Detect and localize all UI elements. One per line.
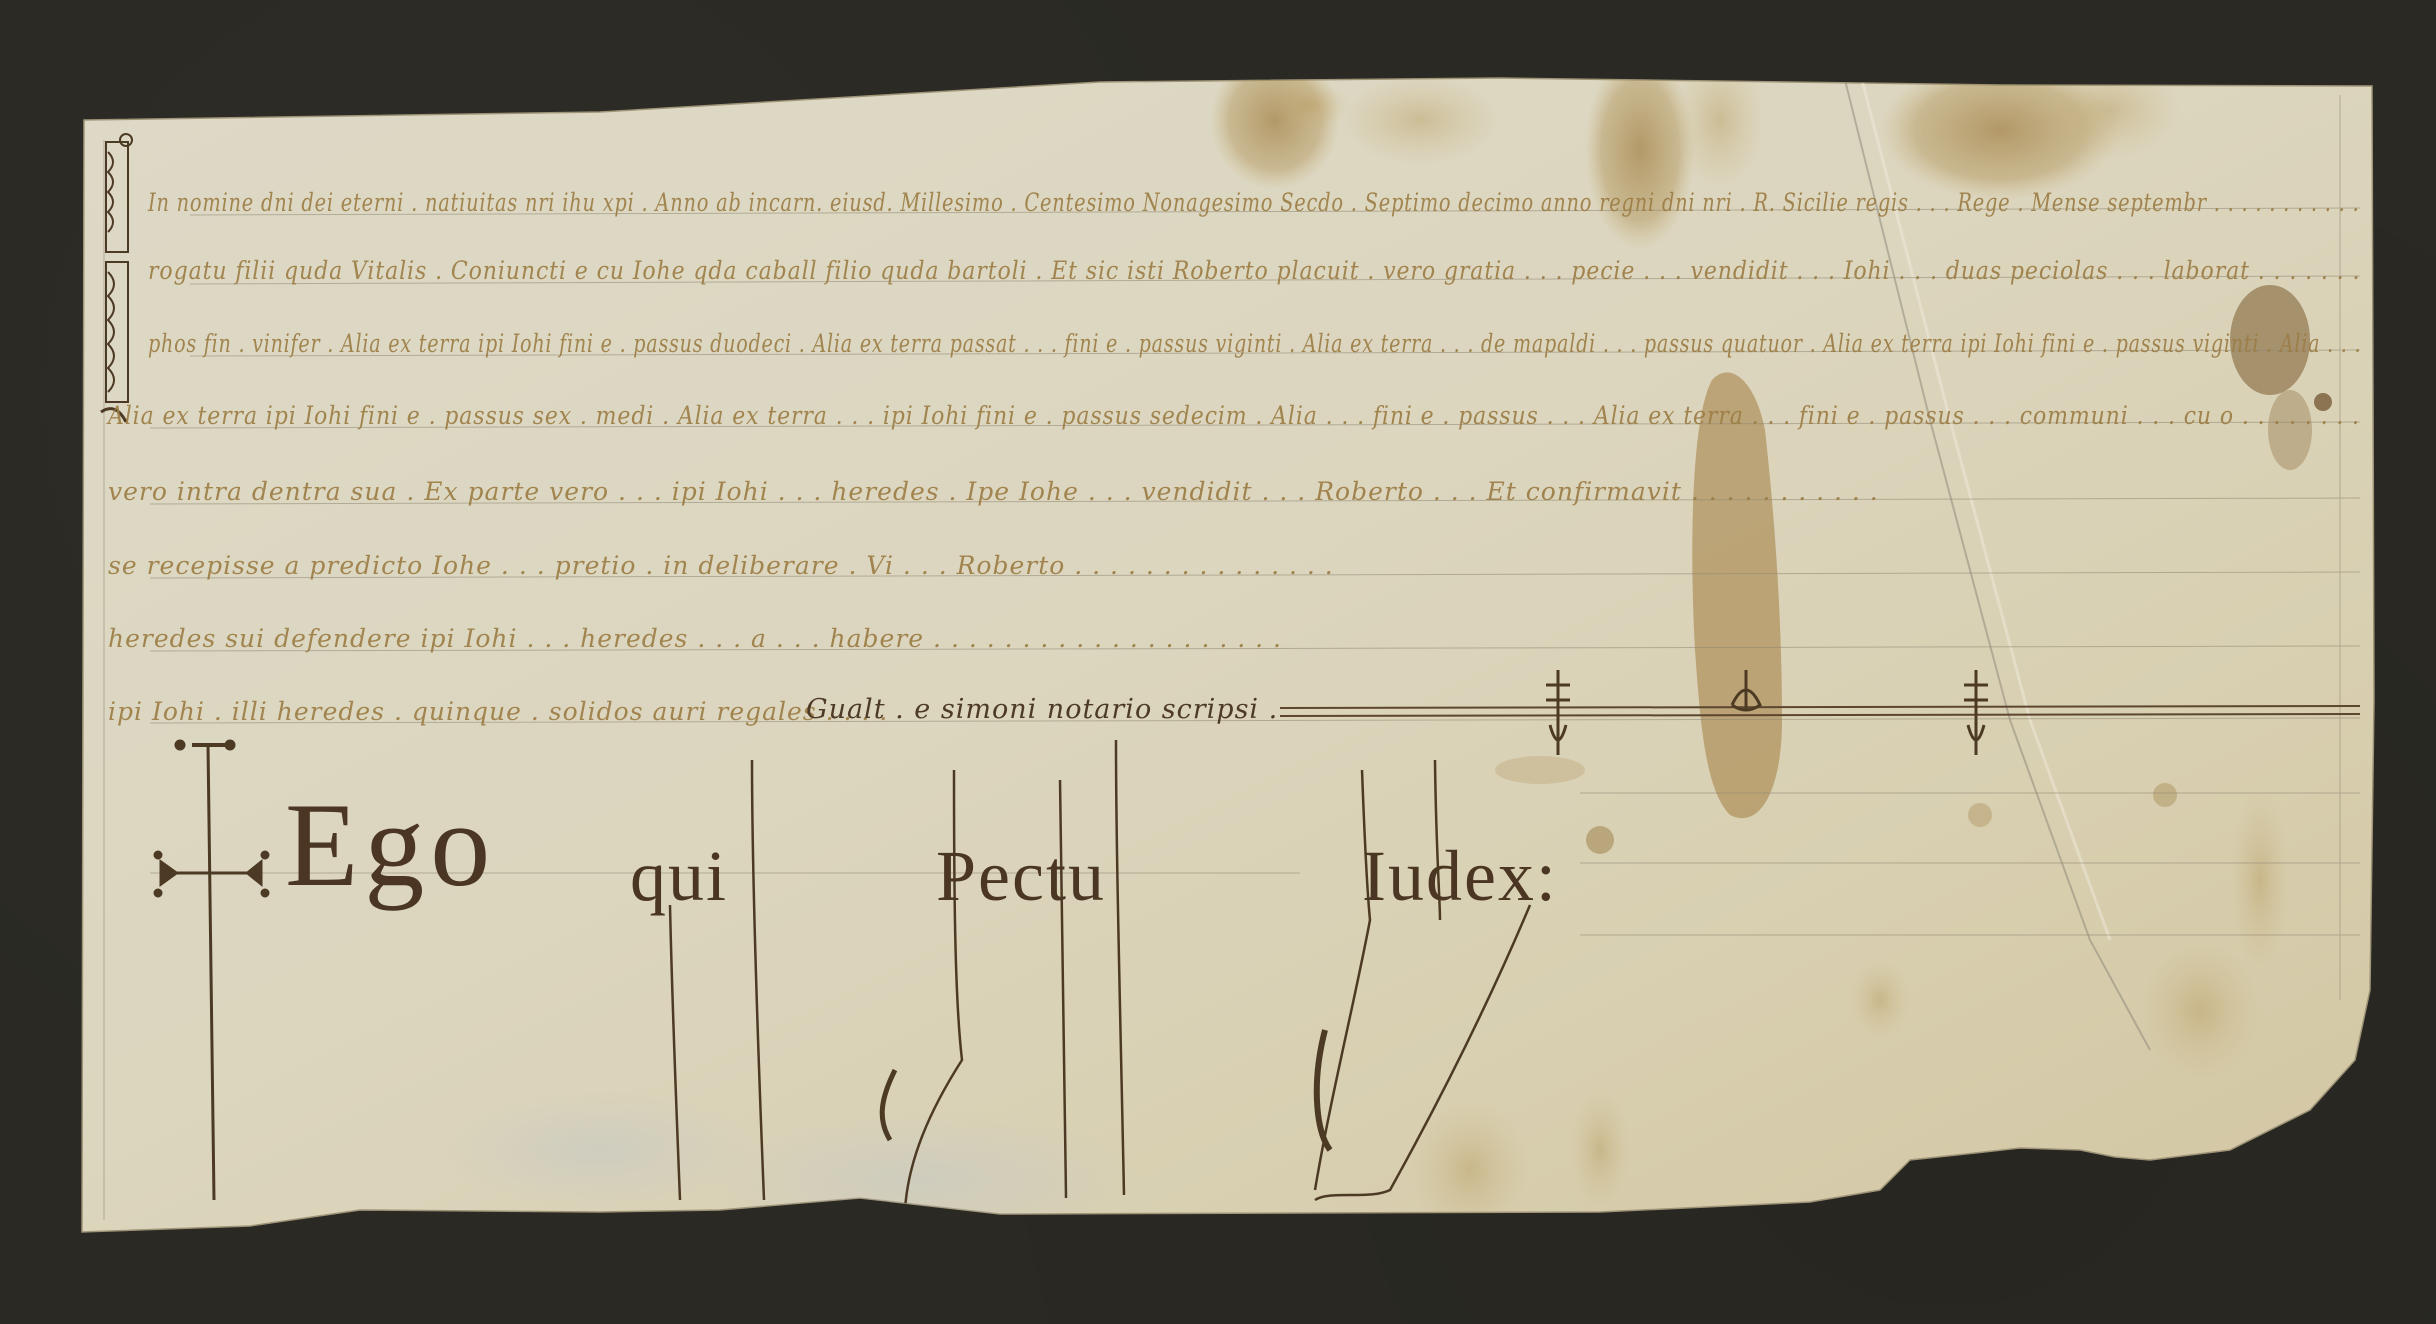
signature-pectu: Pectu: [936, 840, 1106, 912]
notarial-monogram-icon: [1954, 665, 1998, 765]
signature-qui: qui: [630, 840, 728, 912]
scribe-subscription: Gualt . e simoni notario scripsi .: [806, 694, 1278, 725]
text-line-6: se recepisse a predicto Iohe . . . preti…: [108, 553, 1334, 578]
text-line-1: In nomine dni dei eterni . natiuitas nri…: [148, 190, 2360, 215]
text-line-4: Alia ex terra ipi Iohi fini e . passus s…: [108, 403, 2360, 428]
text-line-7: heredes sui defendere ipi Iohi . . . her…: [108, 626, 1282, 651]
signature-ego: Ego: [285, 785, 496, 905]
text-line-8: ipi Iohi . illi heredes . quinque . soli…: [108, 699, 888, 724]
notarial-monogram-icon: [1724, 665, 1768, 765]
signature-iudex: Iudex:: [1362, 840, 1558, 912]
text-line-5: vero intra dentra sua . Ex parte vero . …: [108, 479, 1879, 504]
text-line-3: phos fin . vinifer . Alia ex terra ipi I…: [148, 331, 2361, 356]
document-photo: I In nomine dni dei eterni . natiuitas n…: [0, 0, 2436, 1324]
notarial-monogram-icon: [1536, 665, 1580, 765]
text-line-2: rogatu filii quda Vitalis . Coniuncti e …: [148, 258, 2360, 283]
illuminated-initial-icon: I: [96, 132, 136, 432]
